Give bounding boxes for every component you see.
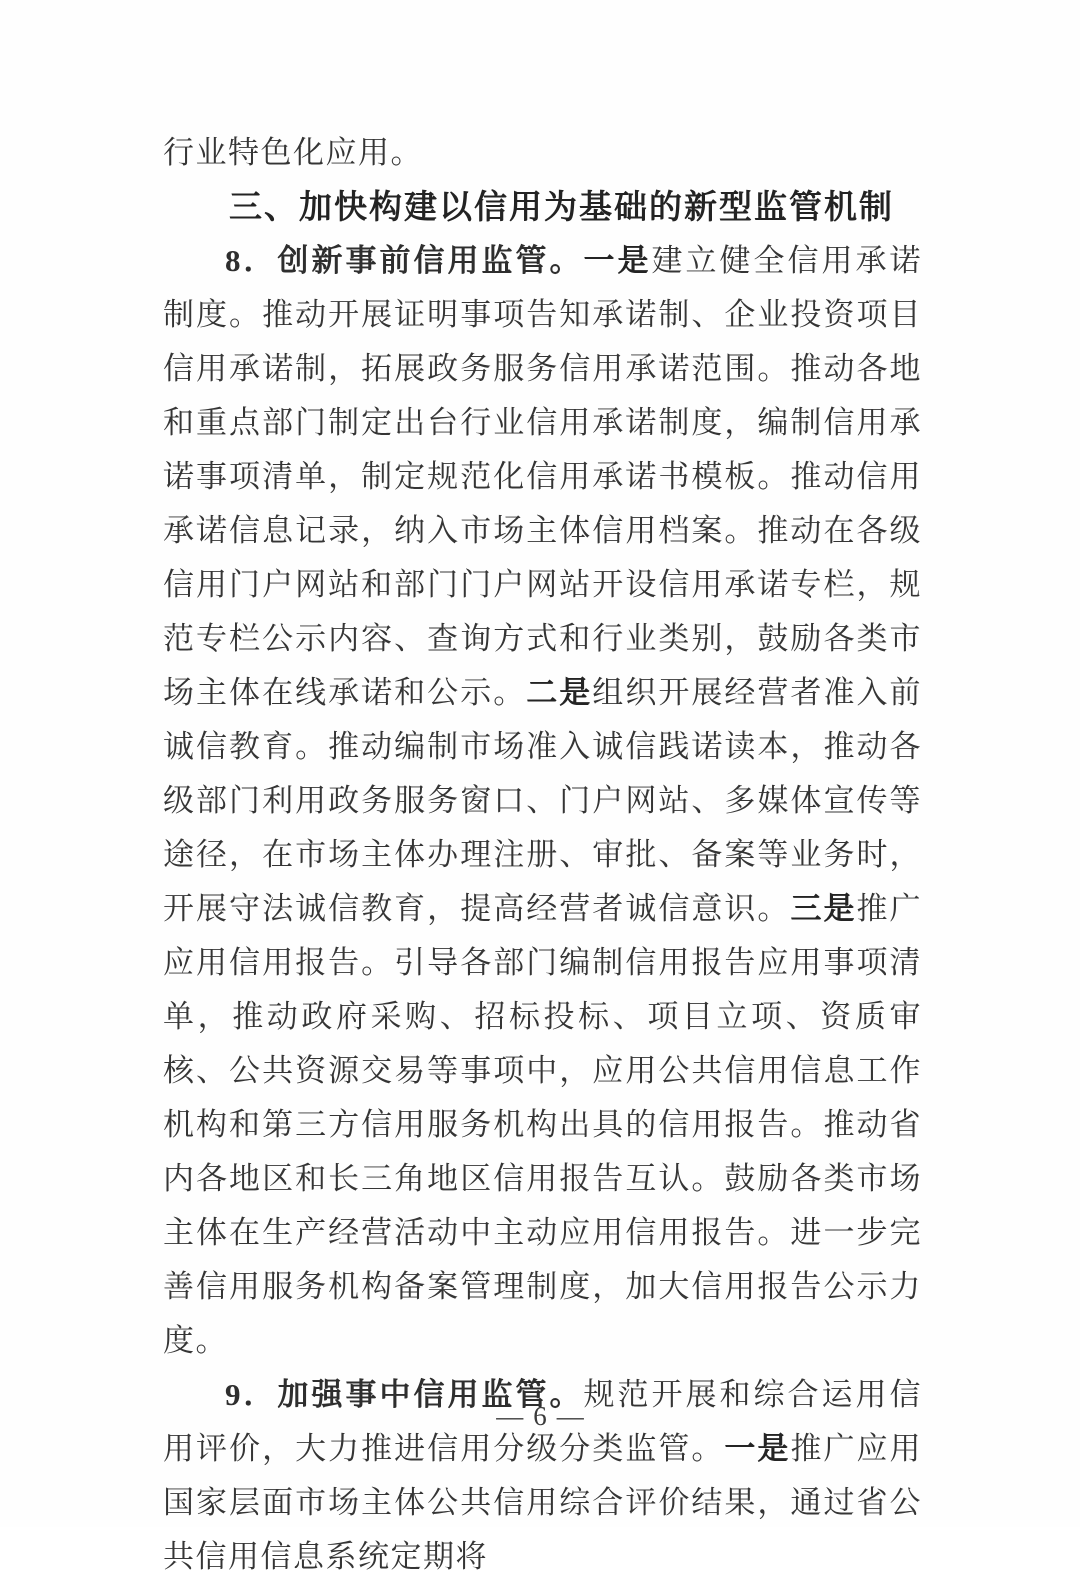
paragraph-item-8: 8．创新事前信用监管。一是建立健全信用承诺制度。推动开展证明事项告知承诺制、企业… [163, 234, 922, 1368]
item-8-segment-2: 组织开展经营者准入前诚信教育。推动编制市场准入诚信践诺读本，推动各级部门利用政务… [163, 675, 922, 926]
item-8-emphasis-1: 一是 [584, 243, 652, 278]
footer-right-dash: — [547, 1401, 594, 1431]
page-footer: —6— [0, 1389, 1080, 1443]
item-8-segment-1: 建立健全信用承诺制度。推动开展证明事项告知承诺制、企业投资项目信用承诺制，拓展政… [163, 243, 922, 710]
carryover-text: 行业特色化应用。 [163, 135, 423, 170]
footer-left-dash: — [486, 1401, 533, 1431]
document-page: 行业特色化应用。 三、加快构建以信用为基础的新型监管机制 8．创新事前信用监管。… [0, 0, 1080, 1527]
carryover-paragraph: 行业特色化应用。 [163, 126, 922, 180]
item-8-emphasis-3: 三是 [790, 891, 856, 926]
item-8-emphasis-2: 二是 [526, 675, 592, 710]
item-8-segment-3: 推广应用信用报告。引导各部门编制信用报告应用事项清单，推动政府采购、招标投标、项… [163, 891, 922, 1358]
footer-page-number: 6 [533, 1401, 547, 1431]
item-8-title: 8．创新事前信用监管。 [225, 243, 584, 278]
section-heading: 三、加快构建以信用为基础的新型监管机制 [163, 180, 922, 234]
